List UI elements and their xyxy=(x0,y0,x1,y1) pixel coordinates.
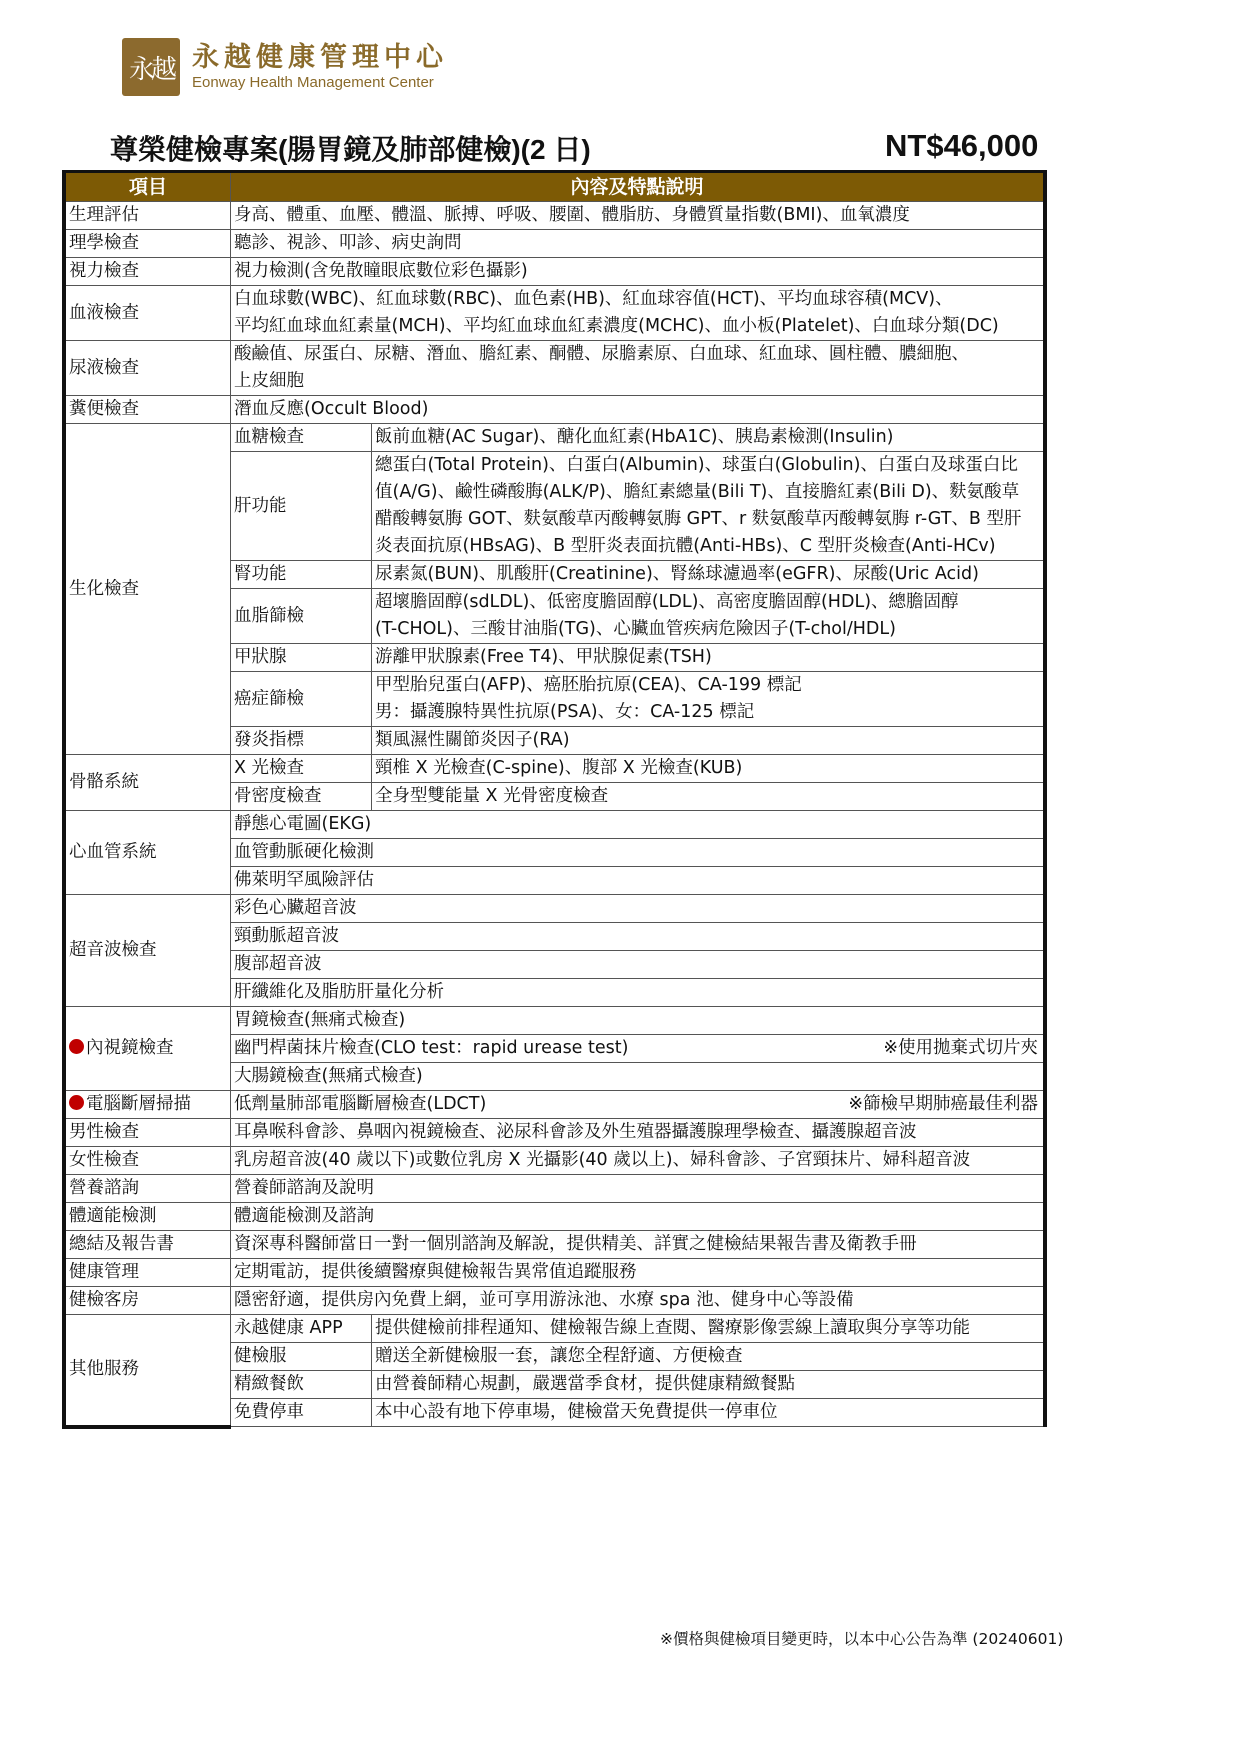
content-line: 醋酸轉氨脢 GOT、麩氨酸草丙酸轉氨脢 GPT、r 麩氨酸草丙酸轉氨脢 r-GT… xyxy=(375,506,1040,533)
row-content: 尿素氮(BUN)、肌酸肝(Creatinine)、腎絲球濾過率(eGFR)、尿酸… xyxy=(372,561,1046,589)
content-line: 總蛋白(Total Protein)、白蛋白(Albumin)、球蛋白(Glob… xyxy=(375,452,1040,479)
column-header-content: 內容及特點說明 xyxy=(231,172,1046,202)
content-text: 幽門桿菌抹片檢查(CLO test：rapid urease test) xyxy=(234,1038,628,1058)
sub-label: 血糖檢查 xyxy=(231,424,372,452)
table-row: 骨骼系統 X 光檢查 頸椎 X 光檢查(C-spine)、腹部 X 光檢查(KU… xyxy=(64,755,1045,783)
row-content: 酸鹼值、尿蛋白、尿糖、潛血、膽紅素、酮體、尿膽素原、白血球、紅血球、圓柱體、膿細… xyxy=(231,341,1046,396)
sub-label: 血脂篩檢 xyxy=(231,589,372,644)
row-content: 低劑量肺部電腦斷層檢查(LDCT) ※篩檢早期肺癌最佳利器 xyxy=(231,1091,1046,1119)
sub-label: 腎功能 xyxy=(231,561,372,589)
logo-chinese-name: 永越健康管理中心 xyxy=(192,42,448,74)
row-content: 潛血反應(Occult Blood) xyxy=(231,396,1046,424)
content-line: 炎表面抗原(HBsAG)、B 型肝炎表面抗體(Anti-HBs)、C 型肝炎檢查… xyxy=(375,533,1040,560)
row-label: 電腦斷層掃描 xyxy=(64,1091,231,1119)
row-label: 骨骼系統 xyxy=(64,755,231,811)
row-label: 生化檢查 xyxy=(64,424,231,755)
row-content: 肝纖維化及脂肪肝量化分析 xyxy=(231,979,1046,1007)
sub-label: 免費停車 xyxy=(231,1399,372,1427)
table-row: 體適能檢測 體適能檢測及諮詢 xyxy=(64,1203,1045,1231)
row-label: 體適能檢測 xyxy=(64,1203,231,1231)
content-line: 超壞膽固醇(sdLDL)、低密度膽固醇(LDL)、高密度膽固醇(HDL)、總膽固… xyxy=(375,589,1040,616)
row-content: 贈送全新健檢服一套，讓您全程舒適、方便檢查 xyxy=(372,1343,1046,1371)
row-label: 其他服務 xyxy=(64,1315,231,1427)
table-row: 心血管系統 靜態心電圖(EKG) xyxy=(64,811,1045,839)
table-row: 健康管理 定期電訪，提供後續醫療與健檢報告異常值追蹤服務 xyxy=(64,1259,1045,1287)
sub-label: 發炎指標 xyxy=(231,727,372,755)
row-content: 彩色心臟超音波 xyxy=(231,895,1046,923)
logo-english-name: Eonway Health Management Center xyxy=(192,74,448,92)
table-row: 女性檢查 乳房超音波(40 歲以下)或數位乳房 X 光攝影(40 歲以上)、婦科… xyxy=(64,1147,1045,1175)
content-line: 上皮細胞 xyxy=(234,368,1040,395)
content-line: 酸鹼值、尿蛋白、尿糖、潛血、膽紅素、酮體、尿膽素原、白血球、紅血球、圓柱體、膿細… xyxy=(234,341,1040,368)
row-content: 本中心設有地下停車場，健檢當天免費提供一停車位 xyxy=(372,1399,1046,1427)
row-content: 由營養師精心規劃，嚴選當季食材，提供健康精緻餐點 xyxy=(372,1371,1046,1399)
row-note: ※使用拋棄式切片夾 xyxy=(883,1035,1040,1062)
row-content: 游離甲狀腺素(Free T4)、甲狀腺促素(TSH) xyxy=(372,644,1046,672)
row-label: 總結及報告書 xyxy=(64,1231,231,1259)
row-content: 乳房超音波(40 歲以下)或數位乳房 X 光攝影(40 歲以上)、婦科會診、子宮… xyxy=(231,1147,1046,1175)
row-content: 耳鼻喉科會診、鼻咽內視鏡檢查、泌尿科會診及外生殖器攝護腺理學檢查、攝護腺超音波 xyxy=(231,1119,1046,1147)
row-content: 佛萊明罕風險評估 xyxy=(231,867,1046,895)
red-bullet-icon xyxy=(69,1095,84,1110)
row-content: 體適能檢測及諮詢 xyxy=(231,1203,1046,1231)
footer-disclaimer: ※價格與健檢項目變更時，以本中心公告為準 (20240601) xyxy=(660,1627,1063,1649)
sub-label: 甲狀腺 xyxy=(231,644,372,672)
sub-label: 健檢服 xyxy=(231,1343,372,1371)
row-content: 頸動脈超音波 xyxy=(231,923,1046,951)
row-label: 糞便檢查 xyxy=(64,396,231,424)
table-row: 血液檢查 白血球數(WBC)、紅血球數(RBC)、血色素(HB)、紅血球容值(H… xyxy=(64,286,1045,341)
table-row: 超音波檢查 彩色心臟超音波 xyxy=(64,895,1045,923)
package-price: NT$46,000 xyxy=(885,128,1038,164)
table-row: 尿液檢查 酸鹼值、尿蛋白、尿糖、潛血、膽紅素、酮體、尿膽素原、白血球、紅血球、圓… xyxy=(64,341,1045,396)
row-content: 大腸鏡檢查(無痛式檢查) xyxy=(231,1063,1046,1091)
sub-label: 肝功能 xyxy=(231,452,372,561)
table-row: 生理評估 身高、體重、血壓、體溫、脈搏、呼吸、腰圍、體脂肪、身體質量指數(BMI… xyxy=(64,202,1045,230)
row-label: 生理評估 xyxy=(64,202,231,230)
table-header-row: 項目 內容及特點說明 xyxy=(64,172,1045,202)
table-row: 糞便檢查 潛血反應(Occult Blood) xyxy=(64,396,1045,424)
content-line: (T-CHOL)、三酸甘油脂(TG)、心臟血管疾病危險因子(T-chol/HDL… xyxy=(375,616,1040,643)
row-content: 營養師諮詢及說明 xyxy=(231,1175,1046,1203)
row-label: 內視鏡檢查 xyxy=(64,1007,231,1091)
row-content: 甲型胎兒蛋白(AFP)、癌胚胎抗原(CEA)、CA-199 標記 男：攝護腺特異… xyxy=(372,672,1046,727)
row-content: 幽門桿菌抹片檢查(CLO test：rapid urease test) ※使用… xyxy=(231,1035,1046,1063)
table-row: 營養諮詢 營養師諮詢及說明 xyxy=(64,1175,1045,1203)
table-row: 電腦斷層掃描 低劑量肺部電腦斷層檢查(LDCT) ※篩檢早期肺癌最佳利器 xyxy=(64,1091,1045,1119)
brand-logo: 永越 永越健康管理中心 Eonway Health Management Cen… xyxy=(122,38,448,96)
row-label: 心血管系統 xyxy=(64,811,231,895)
table-row: 總結及報告書 資深專科醫師當日一對一個別諮詢及解說，提供精美、詳實之健檢結果報告… xyxy=(64,1231,1045,1259)
content-line: 白血球數(WBC)、紅血球數(RBC)、血色素(HB)、紅血球容值(HCT)、平… xyxy=(234,286,1040,313)
row-content: 總蛋白(Total Protein)、白蛋白(Albumin)、球蛋白(Glob… xyxy=(372,452,1046,561)
content-text: 低劑量肺部電腦斷層檢查(LDCT) xyxy=(234,1094,486,1114)
table-row: 其他服務 永越健康 APP 提供健檢前排程通知、健檢報告線上查閱、醫療影像雲線上… xyxy=(64,1315,1045,1343)
table-row: 生化檢查 血糖檢查 飯前血糖(AC Sugar)、醣化血紅素(HbA1C)、胰島… xyxy=(64,424,1045,452)
row-label: 女性檢查 xyxy=(64,1147,231,1175)
red-bullet-icon xyxy=(69,1039,84,1054)
row-content: 靜態心電圖(EKG) xyxy=(231,811,1046,839)
table-row: 健檢客房 隱密舒適，提供房內免費上網，並可享用游泳池、水療 spa 池、健身中心… xyxy=(64,1287,1045,1315)
row-label: 超音波檢查 xyxy=(64,895,231,1007)
row-content: 聽診、視診、叩診、病史詢問 xyxy=(231,230,1046,258)
row-content: 類風濕性關節炎因子(RA) xyxy=(372,727,1046,755)
row-content: 全身型雙能量 X 光骨密度檢查 xyxy=(372,783,1046,811)
column-header-item: 項目 xyxy=(64,172,231,202)
package-title: 尊榮健檢專案(腸胃鏡及肺部健檢)(2 日) xyxy=(110,128,591,168)
row-content: 胃鏡檢查(無痛式檢查) xyxy=(231,1007,1046,1035)
content-line: 甲型胎兒蛋白(AFP)、癌胚胎抗原(CEA)、CA-199 標記 xyxy=(375,672,1040,699)
row-content: 白血球數(WBC)、紅血球數(RBC)、血色素(HB)、紅血球容值(HCT)、平… xyxy=(231,286,1046,341)
row-content: 提供健檢前排程通知、健檢報告線上查閱、醫療影像雲線上讀取與分享等功能 xyxy=(372,1315,1046,1343)
row-label: 營養諮詢 xyxy=(64,1175,231,1203)
row-content: 視力檢測(含免散瞳眼底數位彩色攝影) xyxy=(231,258,1046,286)
row-content: 頸椎 X 光檢查(C-spine)、腹部 X 光檢查(KUB) xyxy=(372,755,1046,783)
sub-label: 永越健康 APP xyxy=(231,1315,372,1343)
sub-label: X 光檢查 xyxy=(231,755,372,783)
row-label: 視力檢查 xyxy=(64,258,231,286)
row-note: ※篩檢早期肺癌最佳利器 xyxy=(848,1091,1040,1118)
row-content: 血管動脈硬化檢測 xyxy=(231,839,1046,867)
content-line: 平均紅血球血紅素量(MCH)、平均紅血球血紅素濃度(MCHC)、血小板(Plat… xyxy=(234,313,1040,340)
checkup-items-table: 項目 內容及特點說明 生理評估 身高、體重、血壓、體溫、脈搏、呼吸、腰圍、體脂肪… xyxy=(62,170,1047,1429)
row-content: 身高、體重、血壓、體溫、脈搏、呼吸、腰圍、體脂肪、身體質量指數(BMI)、血氧濃… xyxy=(231,202,1046,230)
row-label: 男性檢查 xyxy=(64,1119,231,1147)
row-label: 健檢客房 xyxy=(64,1287,231,1315)
content-line: 值(A/G)、鹼性磷酸脢(ALK/P)、膽紅素總量(Bili T)、直接膽紅素(… xyxy=(375,479,1040,506)
row-content: 資深專科醫師當日一對一個別諮詢及解說，提供精美、詳實之健檢結果報告書及衛教手冊 xyxy=(231,1231,1046,1259)
row-label: 尿液檢查 xyxy=(64,341,231,396)
row-content: 超壞膽固醇(sdLDL)、低密度膽固醇(LDL)、高密度膽固醇(HDL)、總膽固… xyxy=(372,589,1046,644)
table-row: 理學檢查 聽診、視診、叩診、病史詢問 xyxy=(64,230,1045,258)
table-row: 視力檢查 視力檢測(含免散瞳眼底數位彩色攝影) xyxy=(64,258,1045,286)
row-content: 腹部超音波 xyxy=(231,951,1046,979)
table-row: 內視鏡檢查 胃鏡檢查(無痛式檢查) xyxy=(64,1007,1045,1035)
content-line: 男：攝護腺特異性抗原(PSA)、女：CA-125 標記 xyxy=(375,699,1040,726)
table-row: 男性檢查 耳鼻喉科會診、鼻咽內視鏡檢查、泌尿科會診及外生殖器攝護腺理學檢查、攝護… xyxy=(64,1119,1045,1147)
row-content: 隱密舒適，提供房內免費上網，並可享用游泳池、水療 spa 池、健身中心等設備 xyxy=(231,1287,1046,1315)
logo-mark: 永越 xyxy=(122,38,180,96)
row-label: 理學檢查 xyxy=(64,230,231,258)
row-label: 健康管理 xyxy=(64,1259,231,1287)
row-label: 血液檢查 xyxy=(64,286,231,341)
sub-label: 癌症篩檢 xyxy=(231,672,372,727)
row-label-text: 內視鏡檢查 xyxy=(86,1038,174,1058)
row-content: 定期電訪，提供後續醫療與健檢報告異常值追蹤服務 xyxy=(231,1259,1046,1287)
row-label-text: 電腦斷層掃描 xyxy=(86,1094,191,1114)
sub-label: 骨密度檢查 xyxy=(231,783,372,811)
sub-label: 精緻餐飲 xyxy=(231,1371,372,1399)
row-content: 飯前血糖(AC Sugar)、醣化血紅素(HbA1C)、胰島素檢測(Insuli… xyxy=(372,424,1046,452)
